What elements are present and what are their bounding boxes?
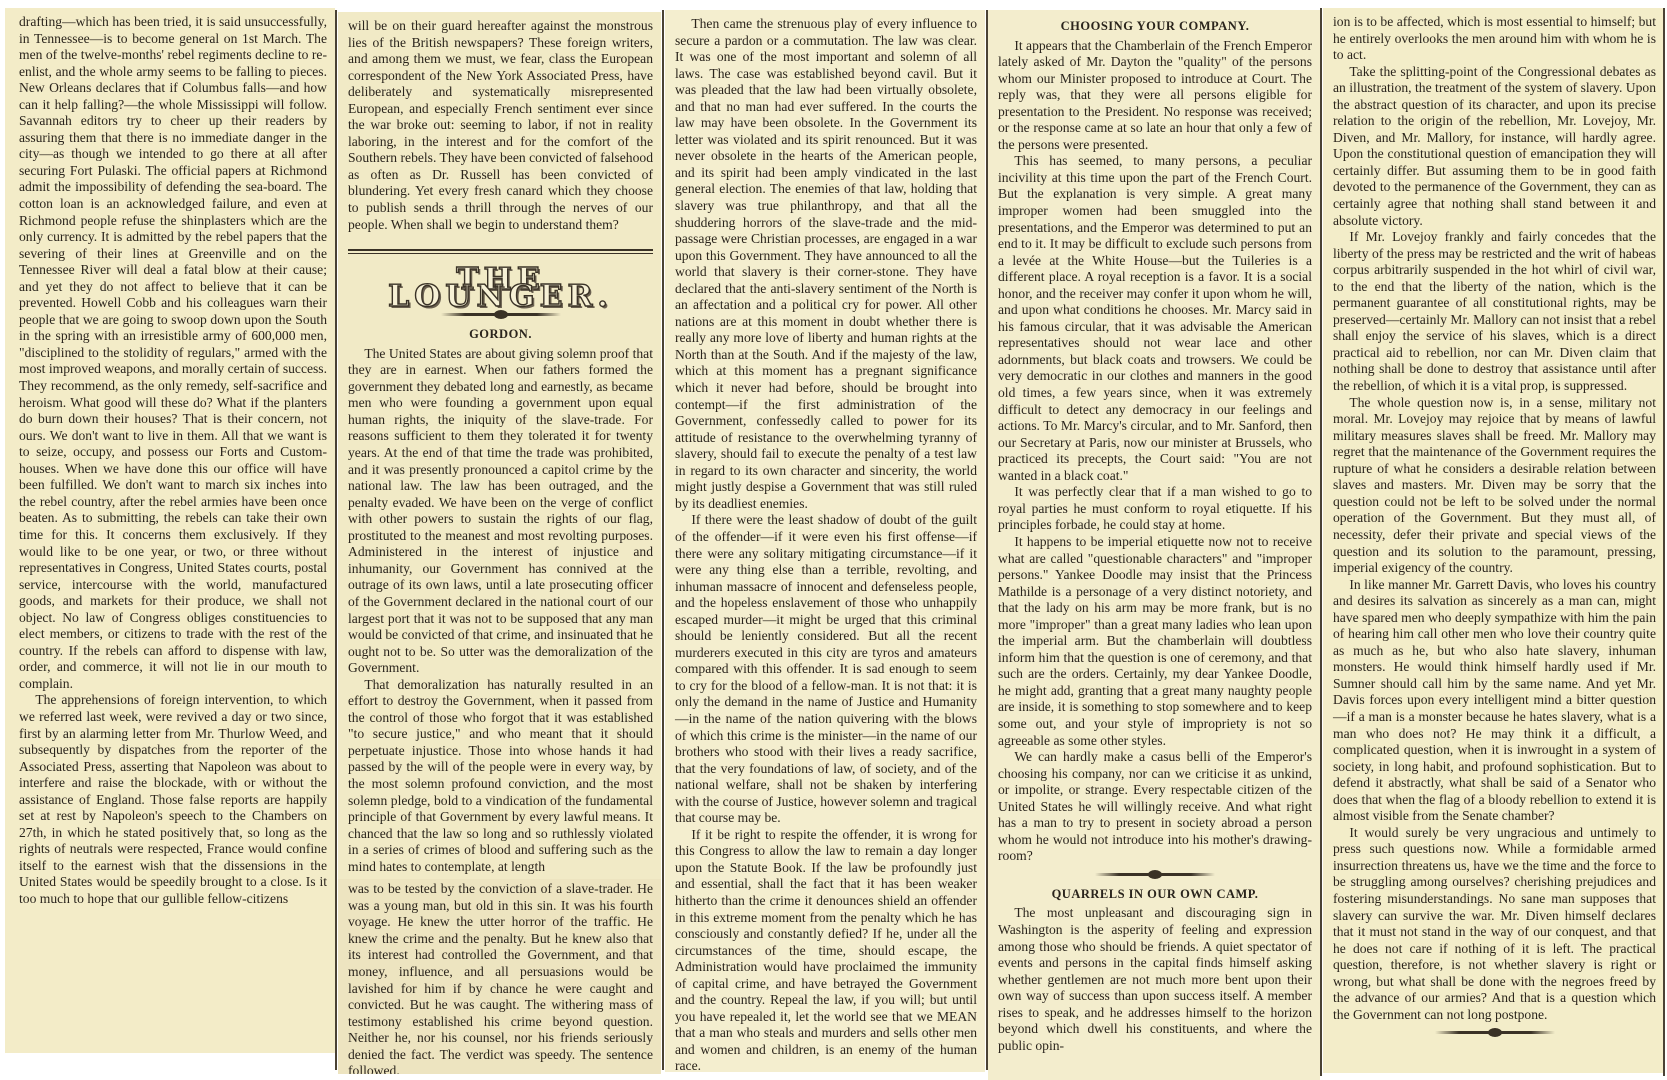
section-title-quarrels-in-our-own-camp: QUARRELS IN OUR OWN CAMP. <box>998 886 1312 903</box>
section-title-choosing-your-company: CHOOSING YOUR COMPANY. <box>998 18 1312 35</box>
column-4: CHOOSING YOUR COMPANY. It appears that t… <box>988 10 1320 1080</box>
col3-paragraph: If there were the least shadow of doubt … <box>675 512 977 826</box>
col2-paragraph: The United States are about giving solem… <box>348 346 653 677</box>
col4-paragraph: The most unpleasant and discouraging sig… <box>998 905 1312 1054</box>
column-divider <box>1320 8 1322 1076</box>
col3-paragraph: If it be right to respite the offender, … <box>675 827 977 1072</box>
col4-paragraph: It was perfectly clear that if a man wis… <box>998 484 1312 534</box>
col5-paragraph: It would surely be very ungracious and u… <box>1333 825 1656 1024</box>
ornament-divider-icon <box>1095 873 1215 876</box>
column-1: drafting—which has been tried, it is sai… <box>5 8 335 1053</box>
column-5: ion is to be affected, which is most ess… <box>1323 8 1664 1073</box>
col2-intro-paragraph: will be on their guard hereafter against… <box>348 18 653 233</box>
col3-paragraph: Then came the strenuous play of every in… <box>675 16 977 512</box>
col4-paragraph: This has seemed, to many persons, a pecu… <box>998 153 1312 484</box>
col4-paragraph: It appears that the Chamberlain of the F… <box>998 38 1312 154</box>
col1-paragraph: The apprehensions of foreign interventio… <box>19 692 327 907</box>
ornament-divider-icon <box>1435 1031 1555 1034</box>
ornament-divider-icon <box>441 313 561 316</box>
column-divider <box>662 10 664 1070</box>
section-title-gordon: GORDON. <box>348 326 653 343</box>
col5-paragraph: Take the splitting-point of the Congress… <box>1333 64 1656 229</box>
masthead-the-lounger: THE LOUNGER. <box>348 272 653 305</box>
col5-paragraph: ion is to be affected, which is most ess… <box>1333 14 1656 64</box>
double-rule-divider <box>348 249 653 254</box>
column-2: will be on their guard hereafter against… <box>338 12 661 1074</box>
col5-paragraph: In like manner Mr. Garrett Davis, who lo… <box>1333 577 1656 825</box>
column-divider <box>1663 8 1665 1076</box>
clipping-splice: was to be tested by the conviction of a … <box>338 879 661 1074</box>
col4-paragraph: We can hardly make a casus belli of the … <box>998 749 1312 865</box>
col4-paragraph: It happens to be imperial etiquette now … <box>998 534 1312 749</box>
col2-paragraph: That demoralization has naturally result… <box>348 677 653 876</box>
col2-continued-paragraph: was to be tested by the conviction of a … <box>348 881 653 1074</box>
col1-paragraph: drafting—which has been tried, it is sai… <box>19 14 327 692</box>
column-3: Then came the strenuous play of every in… <box>665 10 985 1072</box>
column-divider <box>335 10 337 1070</box>
col5-paragraph: If Mr. Lovejoy frankly and fairly conced… <box>1333 229 1656 394</box>
col5-paragraph: The whole question now is, in a sense, m… <box>1333 395 1656 577</box>
